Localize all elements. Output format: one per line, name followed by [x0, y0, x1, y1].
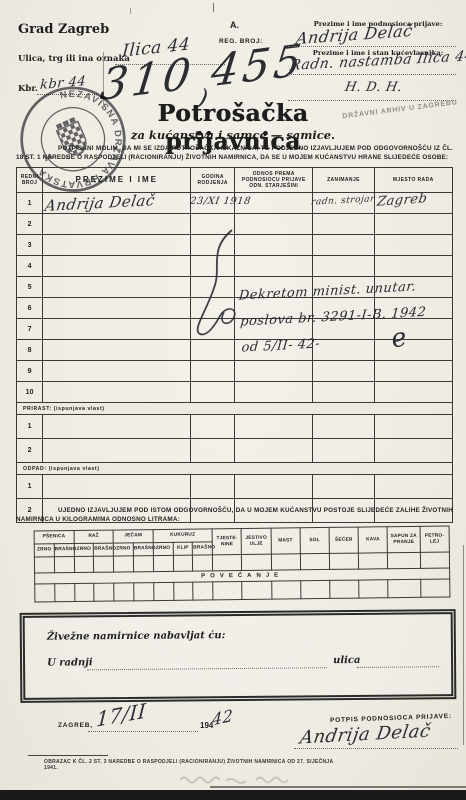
scanned-form-page: Grad Zagreb Ulica, trg ili ina oznaka Il…: [0, 0, 466, 800]
col-petrolej: PETRO- LEJ: [420, 526, 450, 552]
street2-label: ulica: [333, 655, 361, 666]
scan-right-edge: [463, 545, 464, 745]
scan-edge-line: [210, 786, 466, 788]
col-psenica: PŠENICA: [34, 531, 74, 544]
purchase-box: Živežne namirnice nabavljat ću: U radnji…: [20, 609, 457, 703]
persons-table-header: REDNI BROJ PREZIME I IME GODINA RODJENJA…: [17, 168, 453, 193]
decree-note-handwriting: Dekretom minist. unutar. poslova br. 329…: [238, 272, 457, 361]
kbr-value-handwriting: kbr 44: [39, 74, 86, 93]
col-zanimanje: ZANIMANJE: [313, 168, 374, 193]
faint-smudge-writing: [178, 772, 308, 790]
shop-label: U radnji: [47, 657, 93, 668]
table-row: 10: [17, 382, 453, 403]
street2-line: [357, 666, 439, 668]
city-title: Grad Zagreb: [18, 22, 109, 37]
table-row: 9: [17, 361, 453, 382]
table-row: 2: [17, 439, 453, 463]
table-row: 1: [17, 475, 453, 499]
scan-speck: [130, 8, 131, 14]
supplies-table: PŠENICA RAŽ JEČAM KUKURUZ TJESTE- NINE J…: [34, 525, 451, 602]
col-prezime-ime: PREZIME I IME: [43, 168, 191, 193]
odpad-label: ODPAD:: [23, 466, 47, 472]
table-row: 2: [17, 214, 453, 235]
table-row: 4: [17, 256, 453, 277]
col-sol: SOL: [300, 527, 330, 553]
col-odnos: ODNOS PREMA PODNOSIOCU PRIJAVE ODN. STAR…: [235, 168, 313, 193]
year-handwriting: 42: [212, 705, 234, 729]
table-row: 1: [17, 415, 453, 439]
supplies-value-row: [35, 579, 450, 602]
owner-line-1: [288, 74, 456, 75]
col-tjestenine: TJESTE- NINE: [212, 529, 242, 555]
col-mast: MAST: [271, 528, 301, 554]
table-row: 3: [17, 235, 453, 256]
row1-occupation-handwriting: radn. strojar: [311, 194, 376, 207]
date-line: [88, 731, 198, 732]
table-row: 1 Andrija Delač 23/XI 1918 radn. strojar…: [17, 193, 453, 214]
row1-birth-handwriting: 23/XI 1918: [190, 196, 252, 207]
col-kava: KAVA: [358, 527, 388, 553]
footer-rule: [28, 755, 108, 756]
form-subtitle: za kućanstva i samce — samice.: [88, 128, 378, 142]
col-secer: ŠEĆER: [329, 527, 359, 553]
col-jecam: JEČAM: [113, 530, 153, 543]
col-mjesto-rada: MJESTO RADA: [374, 168, 453, 193]
declaration-paragraph-1: POTPISANI MOLIM, DA MI SE IZDA POTROŠAČK…: [16, 144, 453, 162]
kbr-label: Kbr.: [18, 84, 38, 94]
prirast-label: PRIRAST:: [23, 406, 52, 412]
declaration-paragraph-2: UJEDNO IZJAVLJUJEM POD ISTOM ODGOVORNOŠĆ…: [16, 506, 453, 524]
supplies-header-groups: PŠENICA RAŽ JEČAM KUKURUZ TJESTE- NINE J…: [34, 526, 449, 544]
legal-footnote: OBRAZAC K ČL. 2 ST. 3 NAREDBE O RASPODJE…: [44, 759, 344, 771]
odpad-band: ODPAD: (ispunjava vlast): [17, 463, 453, 475]
col-jestivo-ulje: JESTIVO ULJE: [241, 528, 271, 554]
prirast-note: (ispunjava vlast): [54, 406, 105, 412]
purchase-line1: Živežne namirnice nabavljat ću:: [47, 630, 226, 643]
scan-bottom-bar: [0, 790, 466, 800]
row1-name-handwriting: Andrija Delač: [44, 191, 157, 215]
col-redni-broj: REDNI BROJ: [17, 168, 43, 193]
odpad-note: (ispunjava vlast): [49, 466, 100, 472]
kbr-line: [37, 94, 97, 95]
scan-speck: [213, 3, 214, 12]
signature-handwriting: Andrija Delač: [298, 720, 432, 748]
date-city-label: ZAGREB,: [58, 722, 93, 729]
col-sapun: SAPUN ZA PRANJE: [387, 526, 420, 552]
col-raz: RAŽ: [74, 530, 114, 543]
date-handwriting: 17/II: [96, 698, 147, 731]
row1-workplace-handwriting: Zagreb: [375, 191, 427, 210]
shop-line: [87, 667, 327, 670]
col-godina: GODINA RODJENJA: [191, 168, 235, 193]
section-letter: A.: [230, 20, 239, 30]
owner-handwriting-2: H. D. H.: [344, 80, 404, 95]
col-kukuruz: KUKURUZ: [153, 529, 213, 543]
prirast-band: PRIRAST: (ispunjava vlast): [17, 403, 453, 415]
signature-line: [294, 748, 458, 749]
